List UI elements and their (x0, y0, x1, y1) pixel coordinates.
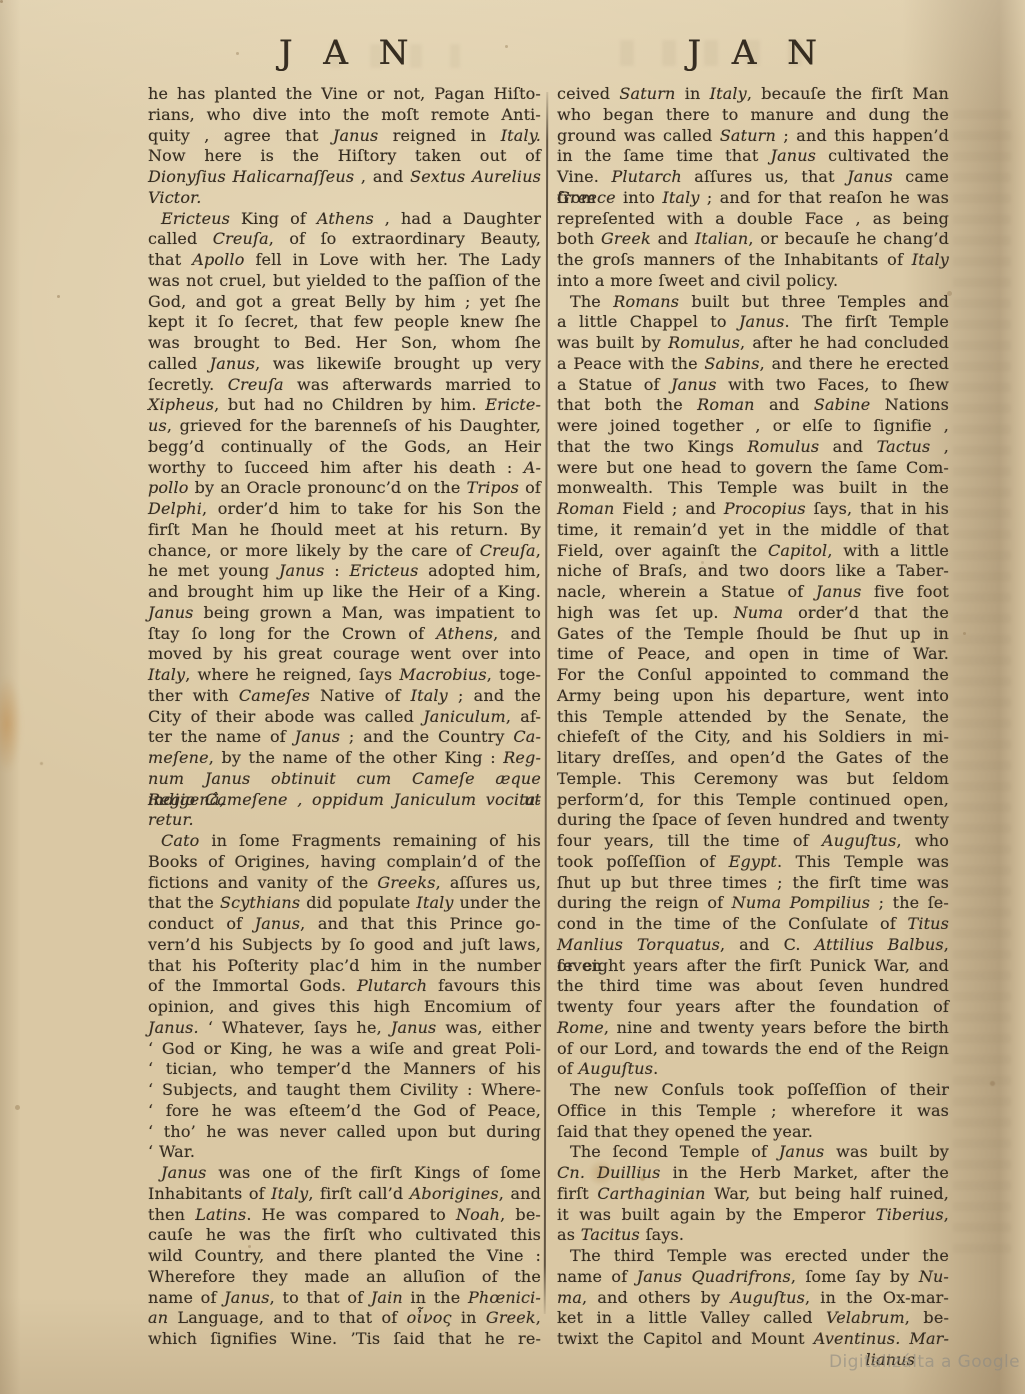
text-line: ceived Saturn in Italy, becauſe the firſ… (557, 84, 949, 105)
text-line: Cato in ſome Fragments remaining of his (148, 831, 541, 852)
text-line: ground was called Saturn ; and this happ… (557, 126, 949, 147)
text-line: into a more ſweet and civil policy. (557, 271, 949, 292)
text-line: chiefeſt of the City, and his Soldiers i… (557, 727, 949, 748)
text-line: ‘ tician, who temper’d the Manners of hi… (148, 1059, 541, 1080)
text-line: rians, who dive into the moſt remote Ant… (148, 105, 541, 126)
text-line: monwealth. This Temple was built in the (557, 478, 949, 499)
text-line: a Statue of Janus with two Faces, to ſhe… (557, 375, 949, 396)
text-line: time of Peace, and open in time of War. (557, 644, 949, 665)
text-line: ma, and others by Auguſtus, in the Ox-ma… (557, 1288, 949, 1309)
text-line: ket in a little Valley called Velabrum, … (557, 1308, 949, 1329)
running-head-left: J A N (148, 33, 541, 77)
text-line: that his Poſterity plac’d him in the num… (148, 956, 541, 977)
text-line: Greece into Italy ; and for that reaſon … (557, 188, 949, 209)
text-line: Office in this Temple ; wherefore it was (557, 1101, 949, 1122)
text-line: Wherefore they made an alluſion of the (148, 1267, 541, 1288)
text-line: Cn. Duillius in the Herb Market, after t… (557, 1163, 949, 1184)
text-line: repreſented with a double Face , as bein… (557, 209, 949, 230)
text-line: wild Country, and there planted the Vine… (148, 1246, 541, 1267)
text-line: was brought to Bed. Her Son, whom ſhe (148, 333, 541, 354)
text-line: then Latins. He was compared to Noah, be… (148, 1205, 541, 1226)
text-line: kept it ſo ſecret, that few people knew … (148, 312, 541, 333)
text-line: Roman Field ; and Procopius ſays, that i… (557, 499, 949, 520)
text-line: niche of Braſs, and two doors like a Tab… (557, 561, 949, 582)
book-page: J A N J A N he has planted the Vine or n… (0, 0, 1025, 1394)
text-line: Dionyſius Halicarnaſſeus , and Sextus Au… (148, 167, 541, 188)
text-line: both Greek and Italian, or becauſe he ch… (557, 229, 949, 250)
text-line: during the ſpace of ſeven hundred and tw… (557, 810, 949, 831)
text-line: he has planted the Vine or not, Pagan Hi… (148, 84, 541, 105)
text-line: The ſecond Temple of Janus was built by (557, 1142, 949, 1163)
text-line: Manlius Torquatus, and C. Attilius Balbu… (557, 935, 949, 956)
bleed-through-right-margin (953, 110, 1011, 1260)
text-line: worthy to ſucceed him after his death : … (148, 458, 541, 479)
text-line: us, grieved for the barenneſs of his Dau… (148, 416, 541, 437)
text-line: pollo by an Oracle pronounc’d on the Tri… (148, 478, 541, 499)
text-line: ſtay ſo long for the Crown of Athens, an… (148, 624, 541, 645)
text-line: ſecretly. Creuſa was afterwards married … (148, 375, 541, 396)
text-line: chance, or more likely by the care of Cr… (148, 541, 541, 562)
text-line: of the Immortal Gods. Plutarch favours t… (148, 976, 541, 997)
text-line: ther with Cameſes Native of Italy ; and … (148, 686, 541, 707)
text-line: meſene, by the name of the other King : … (148, 748, 541, 769)
text-line: vern’d his Subjects by ſo good and juſt … (148, 935, 541, 956)
text-line: Vine. Plutarch aſſures us, that Janus ca… (557, 167, 949, 188)
text-line: a little Chappel to Janus. The firſt Tem… (557, 312, 949, 333)
text-line: this Temple attended by the Senate, the (557, 707, 949, 728)
text-line: cond in the time of the Conſulate of Tit… (557, 914, 949, 935)
text-line: took poſſeſſion of Egypt. This Temple wa… (557, 852, 949, 873)
text-line: name of Janus Quadrifrons, ſome ſay by N… (557, 1267, 949, 1288)
text-line: twenty four years after the foundation o… (557, 997, 949, 1018)
text-line: called Janus, was likewiſe brought up ve… (148, 354, 541, 375)
text-line: Italy, where he reigned, ſays Macrobius,… (148, 665, 541, 686)
text-line: was built by Romulus, after he had concl… (557, 333, 949, 354)
text-line: a Peace with the Sabins, and there he er… (557, 354, 949, 375)
text-line: Gates of the Temple ſhould be ſhut up in (557, 624, 949, 645)
text-line: name of Janus, to that of Jain in the Ph… (148, 1288, 541, 1309)
text-line: fictions and vanity of the Greeks, aſſur… (148, 873, 541, 894)
column-divider-rule (544, 92, 549, 1314)
text-line: during the reign of Numa Pompilius ; the… (557, 893, 949, 914)
text-line: ſaid that they opened the year. (557, 1122, 949, 1143)
text-line: Temple. This Ceremony was but ſeldom (557, 769, 949, 790)
text-line: that the two Kings Romulus and Tactus , (557, 437, 949, 458)
text-line: that both the Roman and Sabine Nations (557, 395, 949, 416)
text-line: ‘ God or King, he was a wiſe and great P… (148, 1039, 541, 1060)
text-line: Victor. (148, 188, 541, 209)
text-line: Now here is the Hiſtory taken out of (148, 146, 541, 167)
text-column-left: he has planted the Vine or not, Pagan Hi… (148, 84, 541, 1350)
text-line: Regio Cameſene , oppidum Janiculum vocit… (148, 790, 541, 811)
text-line: ‘ fore he was eſteem’d the God of Peace, (148, 1101, 541, 1122)
text-line: God, and got a great Belly by him ; yet … (148, 292, 541, 313)
text-line: ‘ Subjects, and taught them Civility : W… (148, 1080, 541, 1101)
text-line: Delphi, order’d him to take for his Son … (148, 499, 541, 520)
text-line: twixt the Capitol and Mount Aventinus. M… (557, 1329, 949, 1350)
text-line: ‘ War. (148, 1142, 541, 1163)
text-line: firſt Carthaginian War, but being half r… (557, 1184, 949, 1205)
text-line: quity , agree that Janus reigned in Ital… (148, 126, 541, 147)
text-line: num Janus obtinuit cum Cameſe æque indig… (148, 769, 541, 790)
text-line: retur. (148, 810, 541, 831)
text-line: that the Scythians did populate Italy un… (148, 893, 541, 914)
text-line: begg’d continually of the Gods, an Heir (148, 437, 541, 458)
text-line: were but one head to govern the ſame Com… (557, 458, 949, 479)
text-line: of our Lord, and towards the end of the … (557, 1039, 949, 1060)
text-line: Army being upon his departure, went into (557, 686, 949, 707)
text-line: moved by his great courage went over int… (148, 644, 541, 665)
text-line: were joined together , or elſe to ſignif… (557, 416, 949, 437)
text-line: ‘ tho’ he was never called upon but duri… (148, 1122, 541, 1143)
text-line: in the ſame time that Janus cultivated t… (557, 146, 949, 167)
text-line: Janus was one of the firſt Kings of ſome (148, 1163, 541, 1184)
text-line: litary dreſſes, and open’d the Gates of … (557, 748, 949, 769)
text-line: four years, till the time of Auguſtus, w… (557, 831, 949, 852)
text-column-right: ceived Saturn in Italy, becauſe the firſ… (557, 84, 949, 1371)
text-line: cauſe he was the firſt who cultivated th… (148, 1225, 541, 1246)
text-line: high was ſet up. Numa order’d that the (557, 603, 949, 624)
text-line: Janus. ‘ Whatever, ſays he, Janus was, e… (148, 1018, 541, 1039)
paper-stain (0, 676, 22, 772)
text-line: The Romans built but three Temples and (557, 292, 949, 313)
text-line: which ſignifies Wine. ’Tis ſaid that he … (148, 1329, 541, 1350)
text-line: The new Conſuls took poſſeſſion of their (557, 1080, 949, 1101)
google-watermark: Digitalizálta a Google (829, 1352, 1020, 1372)
text-line: ſhut up but three times ; the firſt time… (557, 873, 949, 894)
text-line: Books of Origines, having complain’d of … (148, 852, 541, 873)
text-line: City of their abode was called Janiculum… (148, 707, 541, 728)
text-line: Rome, nine and twenty years before the b… (557, 1018, 949, 1039)
text-line: time, it remain’d yet in the middle of t… (557, 520, 949, 541)
text-line: the third time was about ſeven hundred (557, 976, 949, 997)
text-line: Field, over againſt the Capitol, with a … (557, 541, 949, 562)
text-line: Xipheus, but had no Children by him. Eri… (148, 395, 541, 416)
text-line: that Apollo fell in Love with her. The L… (148, 250, 541, 271)
text-line: was not cruel, but yielded to the paſſio… (148, 271, 541, 292)
text-line: Inhabitants of Italy, firſt call’d Abori… (148, 1184, 541, 1205)
text-line: he met young Janus : Ericteus adopted hi… (148, 561, 541, 582)
text-line: Ericteus King of Athens , had a Daughter (148, 209, 541, 230)
text-line: who began there to manure and dung the (557, 105, 949, 126)
text-line: firſt Man he ſhould meet at his return. … (148, 520, 541, 541)
text-line: Janus being grown a Man, was impatient t… (148, 603, 541, 624)
text-line: perform’d, for this Temple continued ope… (557, 790, 949, 811)
text-line: it was built again by the Emperor Tiberi… (557, 1205, 949, 1226)
text-line: as Tacitus ſays. (557, 1225, 949, 1246)
text-line: the groſs manners of the Inhabitants of … (557, 250, 949, 271)
text-line: For the Conſul appointed to command the (557, 665, 949, 686)
running-head-right: J A N (557, 33, 949, 77)
text-line: nacle, wherein a Statue of Janus five fo… (557, 582, 949, 603)
text-line: The third Temple was erected under the (557, 1246, 949, 1267)
text-line: ter the name of Janus ; and the Country … (148, 727, 541, 748)
text-line: conduct of Janus, and that this Prince g… (148, 914, 541, 935)
text-line: and brought him up like the Heir of a Ki… (148, 582, 541, 603)
text-line: an Language, and to that of οἶνος in Gre… (148, 1308, 541, 1329)
text-line: or eight years after the firſt Punick Wa… (557, 956, 949, 977)
text-line: called Creuſa, of ſo extraordinary Beaut… (148, 229, 541, 250)
text-line: of Auguſtus. (557, 1059, 949, 1080)
text-line: opinion, and gives this high Encomium of (148, 997, 541, 1018)
